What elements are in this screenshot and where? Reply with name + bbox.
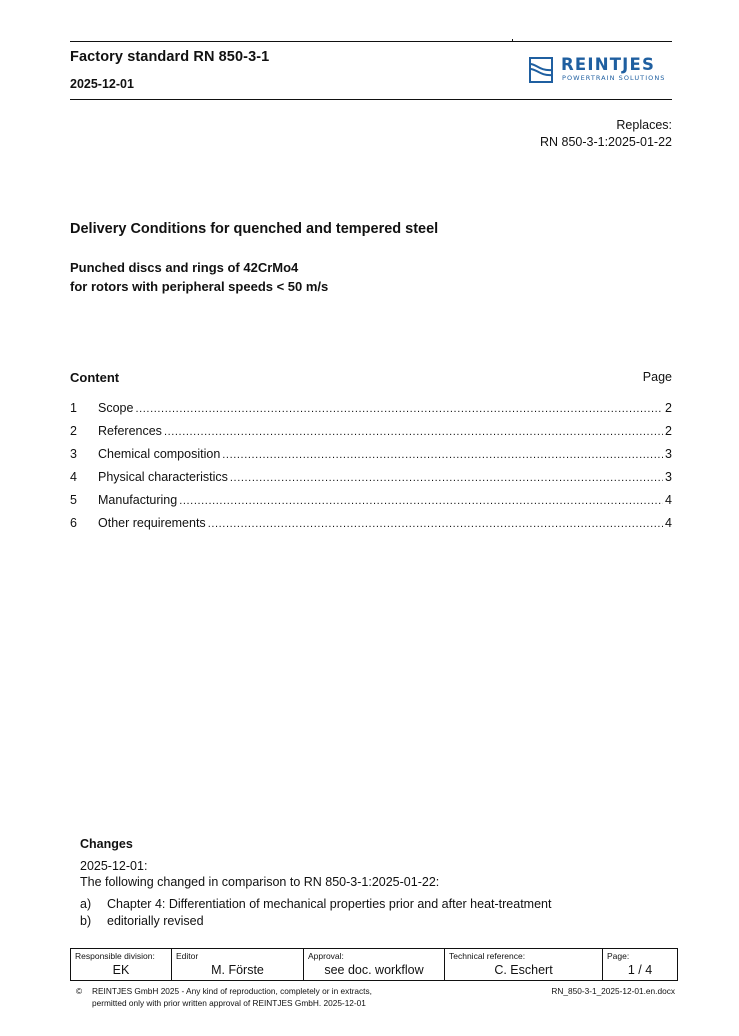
changes-date: 2025-12-01: <box>80 858 680 874</box>
footer-cell-page: Page:1 / 4 <box>603 949 677 980</box>
toc-item[interactable]: 3Chemical composition...................… <box>70 447 672 470</box>
copyright-notice: ©REINTJES GmbH 2025 - Any kind of reprod… <box>76 986 372 1009</box>
toc-item-label[interactable]: Physical characteristics <box>98 470 228 484</box>
toc-item-number: 1 <box>70 401 98 415</box>
footer-cell-value: see doc. workflow <box>304 963 444 977</box>
replaces-label: Replaces: <box>540 117 672 134</box>
toc-item-number: 3 <box>70 447 98 461</box>
toc-leader-dots: ........................................… <box>135 403 663 415</box>
toc-item-label[interactable]: Scope <box>98 401 133 415</box>
subtitle: Punched discs and rings of 42CrMo4 for r… <box>70 258 328 296</box>
replaces-block: Replaces: RN 850-3-1:2025-01-22 <box>540 117 672 151</box>
changes-item: a)Chapter 4: Differentiation of mechanic… <box>80 896 680 913</box>
toc-header: Content Page <box>70 370 672 385</box>
header-tick-mark <box>512 39 513 41</box>
toc-item-page: 4 <box>665 516 672 530</box>
toc-item-page: 2 <box>665 424 672 438</box>
toc-leader-dots: ........................................… <box>164 426 663 438</box>
document-date: 2025-12-01 <box>70 77 134 91</box>
subtitle-line-1: Punched discs and rings of 42CrMo4 <box>70 258 328 277</box>
copyright-line-1: REINTJES GmbH 2025 - Any kind of reprodu… <box>92 986 372 996</box>
replaces-value: RN 850-3-1:2025-01-22 <box>540 134 672 151</box>
footer-cell-editor: EditorM. Förste <box>172 949 304 980</box>
footer-cell-value: 1 / 4 <box>603 963 677 977</box>
toc-leader-dots: ........................................… <box>230 472 663 484</box>
toc-item-number: 4 <box>70 470 98 484</box>
changes-intro: The following changed in comparison to R… <box>80 874 680 890</box>
toc-item-label[interactable]: Chemical composition <box>98 447 220 461</box>
changes-title: Changes <box>80 837 680 851</box>
toc-item-page: 4 <box>665 493 672 507</box>
toc-page-heading: Page <box>643 370 672 384</box>
footer-cell-approval: Approval:see doc. workflow <box>304 949 445 980</box>
footer-cell-label: Editor <box>176 951 198 961</box>
toc-item-number: 5 <box>70 493 98 507</box>
toc-item-label[interactable]: References <box>98 424 162 438</box>
toc-item-page: 3 <box>665 470 672 484</box>
toc-item-page: 2 <box>665 401 672 415</box>
toc-heading: Content <box>70 370 119 385</box>
document-title: Factory standard RN 850-3-1 <box>70 49 269 65</box>
table-of-contents: 1Scope..................................… <box>70 401 672 539</box>
toc-leader-dots: ........................................… <box>208 518 663 530</box>
toc-item-number: 6 <box>70 516 98 530</box>
toc-item-number: 2 <box>70 424 98 438</box>
footer-info-table: Responsible division:EKEditorM. FörsteAp… <box>70 948 678 981</box>
footer-cell-value: EK <box>71 963 171 977</box>
toc-item-label[interactable]: Manufacturing <box>98 493 177 507</box>
reintjes-wave-logo-icon <box>529 57 553 83</box>
main-title: Delivery Conditions for quenched and tem… <box>70 221 438 237</box>
footer-cell-value: C. Eschert <box>445 963 602 977</box>
toc-item[interactable]: 6Other requirements.....................… <box>70 516 672 539</box>
toc-item-label[interactable]: Other requirements <box>98 516 206 530</box>
company-logo: REINTJES POWERTRAIN SOLUTIONS <box>529 57 673 85</box>
copyright-icon: © <box>76 986 92 998</box>
footer-cell-value: M. Förste <box>172 963 303 977</box>
changes-item-text: editorially revised <box>107 913 204 930</box>
footer-cell-responsible-division: Responsible division:EK <box>71 949 172 980</box>
toc-leader-dots: ........................................… <box>222 449 663 461</box>
copyright-line-2: permitted only with prior written approv… <box>76 998 372 1010</box>
toc-item[interactable]: 4Physical characteristics...............… <box>70 470 672 493</box>
footer-cell-label: Technical reference: <box>449 951 525 961</box>
header-bottom-rule <box>70 99 672 100</box>
footer-cell-label: Approval: <box>308 951 344 961</box>
changes-item: b)editorially revised <box>80 913 680 930</box>
footer-cell-label: Responsible division: <box>75 951 155 961</box>
changes-section: Changes 2025-12-01: The following change… <box>80 837 680 930</box>
toc-item-page: 3 <box>665 447 672 461</box>
changes-item-key: a) <box>80 896 107 913</box>
toc-leader-dots: ........................................… <box>179 495 663 507</box>
toc-item[interactable]: 5Manufacturing..........................… <box>70 493 672 516</box>
changes-item-text: Chapter 4: Differentiation of mechanical… <box>107 896 551 913</box>
changes-list: a)Chapter 4: Differentiation of mechanic… <box>80 896 680 930</box>
changes-item-key: b) <box>80 913 107 930</box>
footer-cell-technical-reference: Technical reference:C. Eschert <box>445 949 603 980</box>
logo-tagline: POWERTRAIN SOLUTIONS <box>562 74 665 82</box>
subtitle-line-2: for rotors with peripheral speeds < 50 m… <box>70 277 328 296</box>
footer-cell-label: Page: <box>607 951 629 961</box>
toc-item[interactable]: 1Scope..................................… <box>70 401 672 424</box>
header-top-rule <box>70 41 672 42</box>
document-filename: RN_850-3-1_2025-12-01.en.docx <box>551 986 675 996</box>
toc-item[interactable]: 2References.............................… <box>70 424 672 447</box>
logo-wordmark: REINTJES <box>561 55 655 74</box>
